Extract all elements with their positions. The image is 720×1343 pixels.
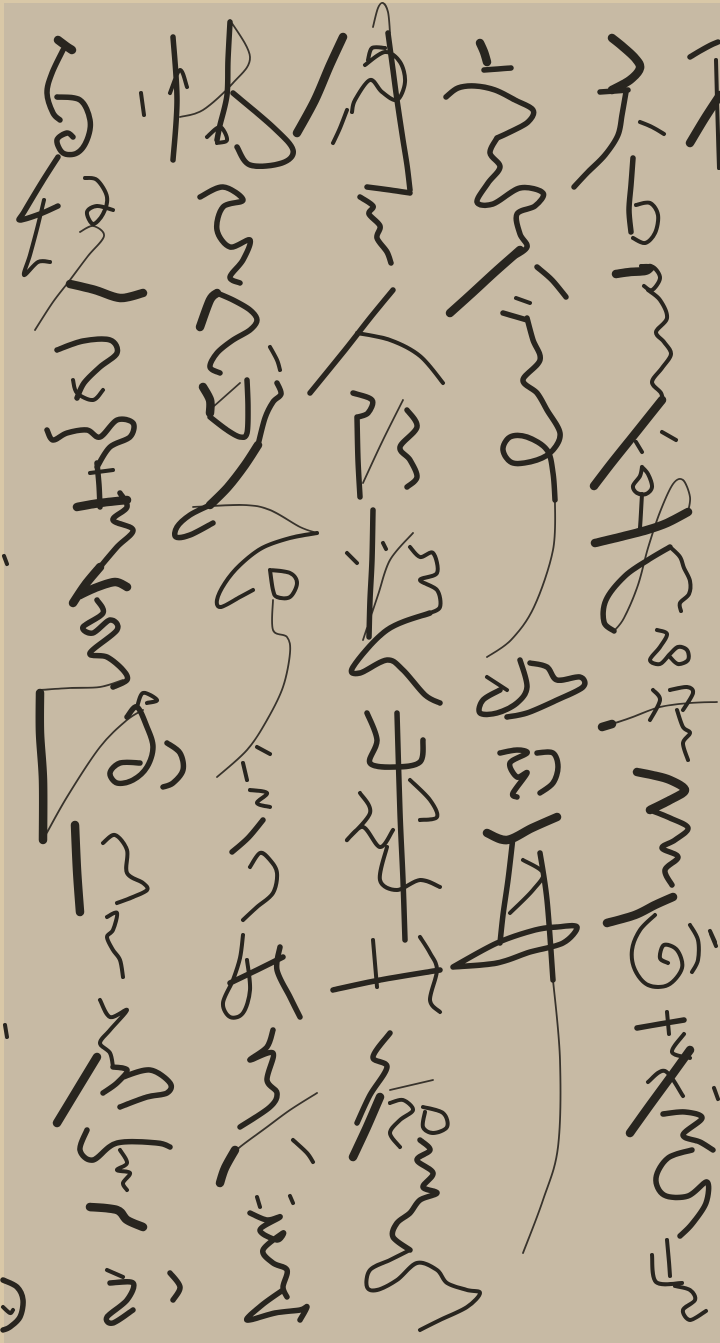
brush-stroke — [357, 417, 360, 497]
brush-stroke — [629, 158, 633, 232]
paper-left-edge — [0, 0, 4, 1343]
calligraphy-scroll: □ 亦不自□不生□今是名去子生 — [0, 0, 720, 1343]
brush-stroke — [4, 556, 7, 564]
brush-stroke — [484, 68, 511, 70]
brush-stroke — [40, 693, 43, 840]
brush-stroke — [290, 1196, 293, 1203]
brush-stroke — [640, 494, 642, 528]
brush-stroke — [5, 1025, 7, 1037]
paper-top-edge — [0, 0, 720, 3]
brush-stroke — [75, 825, 80, 912]
calligraphy-canvas: □ 亦不自□不生□今是名去子生 — [0, 0, 720, 1343]
brush-stroke — [383, 543, 386, 549]
